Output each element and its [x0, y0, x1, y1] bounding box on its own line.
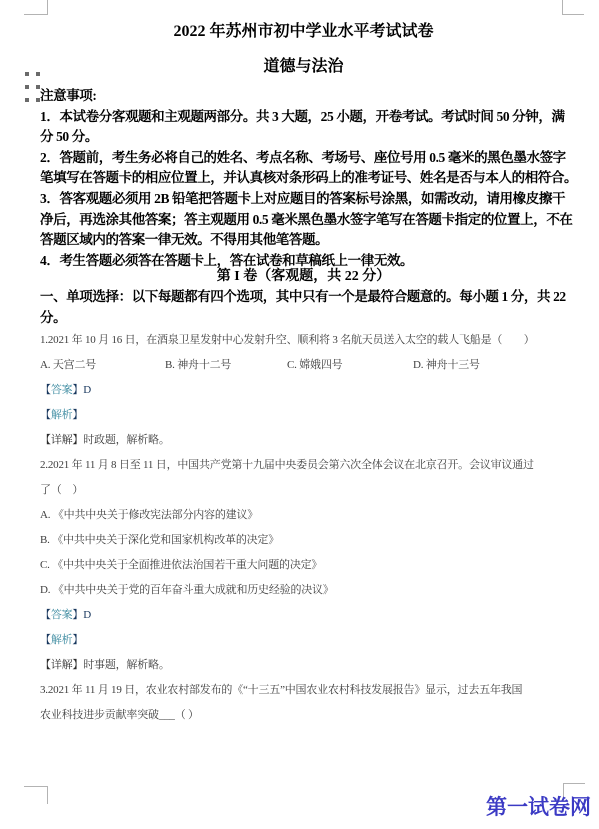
- analysis-label: 解析: [51, 409, 73, 421]
- bracket-close: 】: [72, 384, 83, 396]
- question1-option-c: C. 嫦娥四号: [287, 357, 413, 374]
- drag-dot: [25, 98, 29, 102]
- bracket-close: 】: [72, 634, 83, 646]
- corner-crop-mark-top-right-icon: [562, 0, 584, 15]
- exam-document-page: 2022 年苏州市初中学业水平考试试卷 道德与法治 注意事项: 1．本试卷分客观…: [0, 0, 599, 829]
- notice-line: 2．答题前，考生务必将自己的姓名、考点名称、考场号、座位号用 0.5 毫米的黑色…: [40, 148, 567, 169]
- question1-option-d: D. 神舟十三号: [413, 357, 480, 374]
- question1-option-a: A. 天宫二号: [40, 357, 165, 374]
- question2-analysis-line: 【解析】: [40, 632, 567, 649]
- detail-label: 详解: [51, 659, 73, 671]
- question2-option-a: A. 《中共中央关于修改宪法部分内容的建议》: [40, 507, 567, 524]
- exam-title: 2022 年苏州市初中学业水平考试试卷: [40, 22, 567, 42]
- section-instruction-line: 一、单项选择：以下每题都有四个选项，其中只有一个是最符合题意的。每小题 1 分，…: [40, 287, 567, 308]
- watermark-site-link[interactable]: 第一试卷网: [486, 791, 591, 821]
- question2-option-d: D. 《中共中央关于党的百年奋斗重大成就和历史经验的决议》: [40, 582, 567, 599]
- question2-answer-value: D: [83, 609, 91, 621]
- notice-line: 净后，再选涂其他答案；答主观题用 0.5 毫米黑色墨水签字笔写在答题卡指定的位置…: [40, 210, 567, 231]
- bracket-open: 【: [40, 659, 51, 671]
- question1-detail-text: 时政题，解析略。: [83, 434, 169, 446]
- question3-stem-line: 农业科技进步贡献率突破___（ ）: [40, 707, 567, 724]
- bracket-close: 】: [72, 409, 83, 421]
- bracket-open: 【: [40, 409, 51, 421]
- bracket-open: 【: [40, 609, 51, 621]
- bracket-close: 】: [72, 659, 83, 671]
- questions-area: 1.2021 年 10 月 16 日，在酒泉卫星发射中心发射升空、顺利将 3 名…: [40, 332, 567, 724]
- question2-stem-line: 2.2021 年 11 月 8 日至 11 日，中国共产党第十九届中央委员会第六…: [40, 457, 567, 474]
- bracket-close: 】: [72, 434, 83, 446]
- question1-answer-line: 【答案】D: [40, 382, 567, 399]
- exam-subject: 道德与法治: [40, 57, 567, 77]
- question2-detail-text: 时事题，解析略。: [83, 659, 169, 671]
- drag-dot: [25, 85, 29, 89]
- drag-handle-icon[interactable]: [25, 72, 40, 102]
- notice-line: 1．本试卷分客观题和主观题两部分。共 3 大题，25 小题，开卷考试。考试时间 …: [40, 107, 567, 128]
- bracket-close: 】: [72, 609, 83, 621]
- bracket-open: 【: [40, 434, 51, 446]
- question1-detail-line: 【详解】时政题，解析略。: [40, 432, 567, 449]
- question1-analysis-line: 【解析】: [40, 407, 567, 424]
- question2-option-c: C. 《中共中央关于全面推进依法治国若干重大问题的决定》: [40, 557, 567, 574]
- notice-heading: 注意事项:: [40, 86, 567, 107]
- notice-line: 分 50 分。: [40, 127, 567, 148]
- notice-line: 答题区域内的答案一律无效。不得用其他笔答题。: [40, 230, 567, 251]
- notice-section: 注意事项: 1．本试卷分客观题和主观题两部分。共 3 大题，25 小题，开卷考试…: [40, 86, 567, 271]
- question2-option-b: B. 《中共中央关于深化党和国家机构改革的决定》: [40, 532, 567, 549]
- corner-crop-mark-bottom-left-icon: [24, 786, 48, 804]
- analysis-label: 解析: [51, 634, 73, 646]
- section-instruction-line: 分。: [40, 308, 567, 329]
- drag-dot: [25, 72, 29, 76]
- question1-option-b: B. 神舟十二号: [165, 357, 287, 374]
- question1-answer-value: D: [83, 384, 91, 396]
- corner-crop-mark-top-left-icon: [24, 0, 48, 15]
- question2-answer-line: 【答案】D: [40, 607, 567, 624]
- bracket-open: 【: [40, 634, 51, 646]
- notice-line: 3．答客观题必须用 2B 铅笔把答题卡上对应题目的答案标号涂黑，如需改动，请用橡…: [40, 189, 567, 210]
- page-content: 2022 年苏州市初中学业水平考试试卷 道德与法治 注意事项: 1．本试卷分客观…: [40, 14, 567, 732]
- question3-stem-line: 3.2021 年 11 月 19 日，农业农村部发布的《“十三五”中国农业农村科…: [40, 682, 567, 699]
- notice-line: 笔填写在答题卡的相应位置上，并认真核对条形码上的准考证号、姓名是否与本人的相符合…: [40, 168, 567, 189]
- question1-stem: 1.2021 年 10 月 16 日，在酒泉卫星发射中心发射升空、顺利将 3 名…: [40, 332, 567, 349]
- bracket-open: 【: [40, 384, 51, 396]
- question1-options-row: A. 天宫二号 B. 神舟十二号 C. 嫦娥四号 D. 神舟十三号: [40, 357, 567, 374]
- detail-label: 详解: [51, 434, 73, 446]
- question2-detail-line: 【详解】时事题，解析略。: [40, 657, 567, 674]
- answer-label: 答案: [51, 384, 73, 396]
- question2-stem-line: 了（ ）: [40, 482, 567, 499]
- answer-label: 答案: [51, 609, 73, 621]
